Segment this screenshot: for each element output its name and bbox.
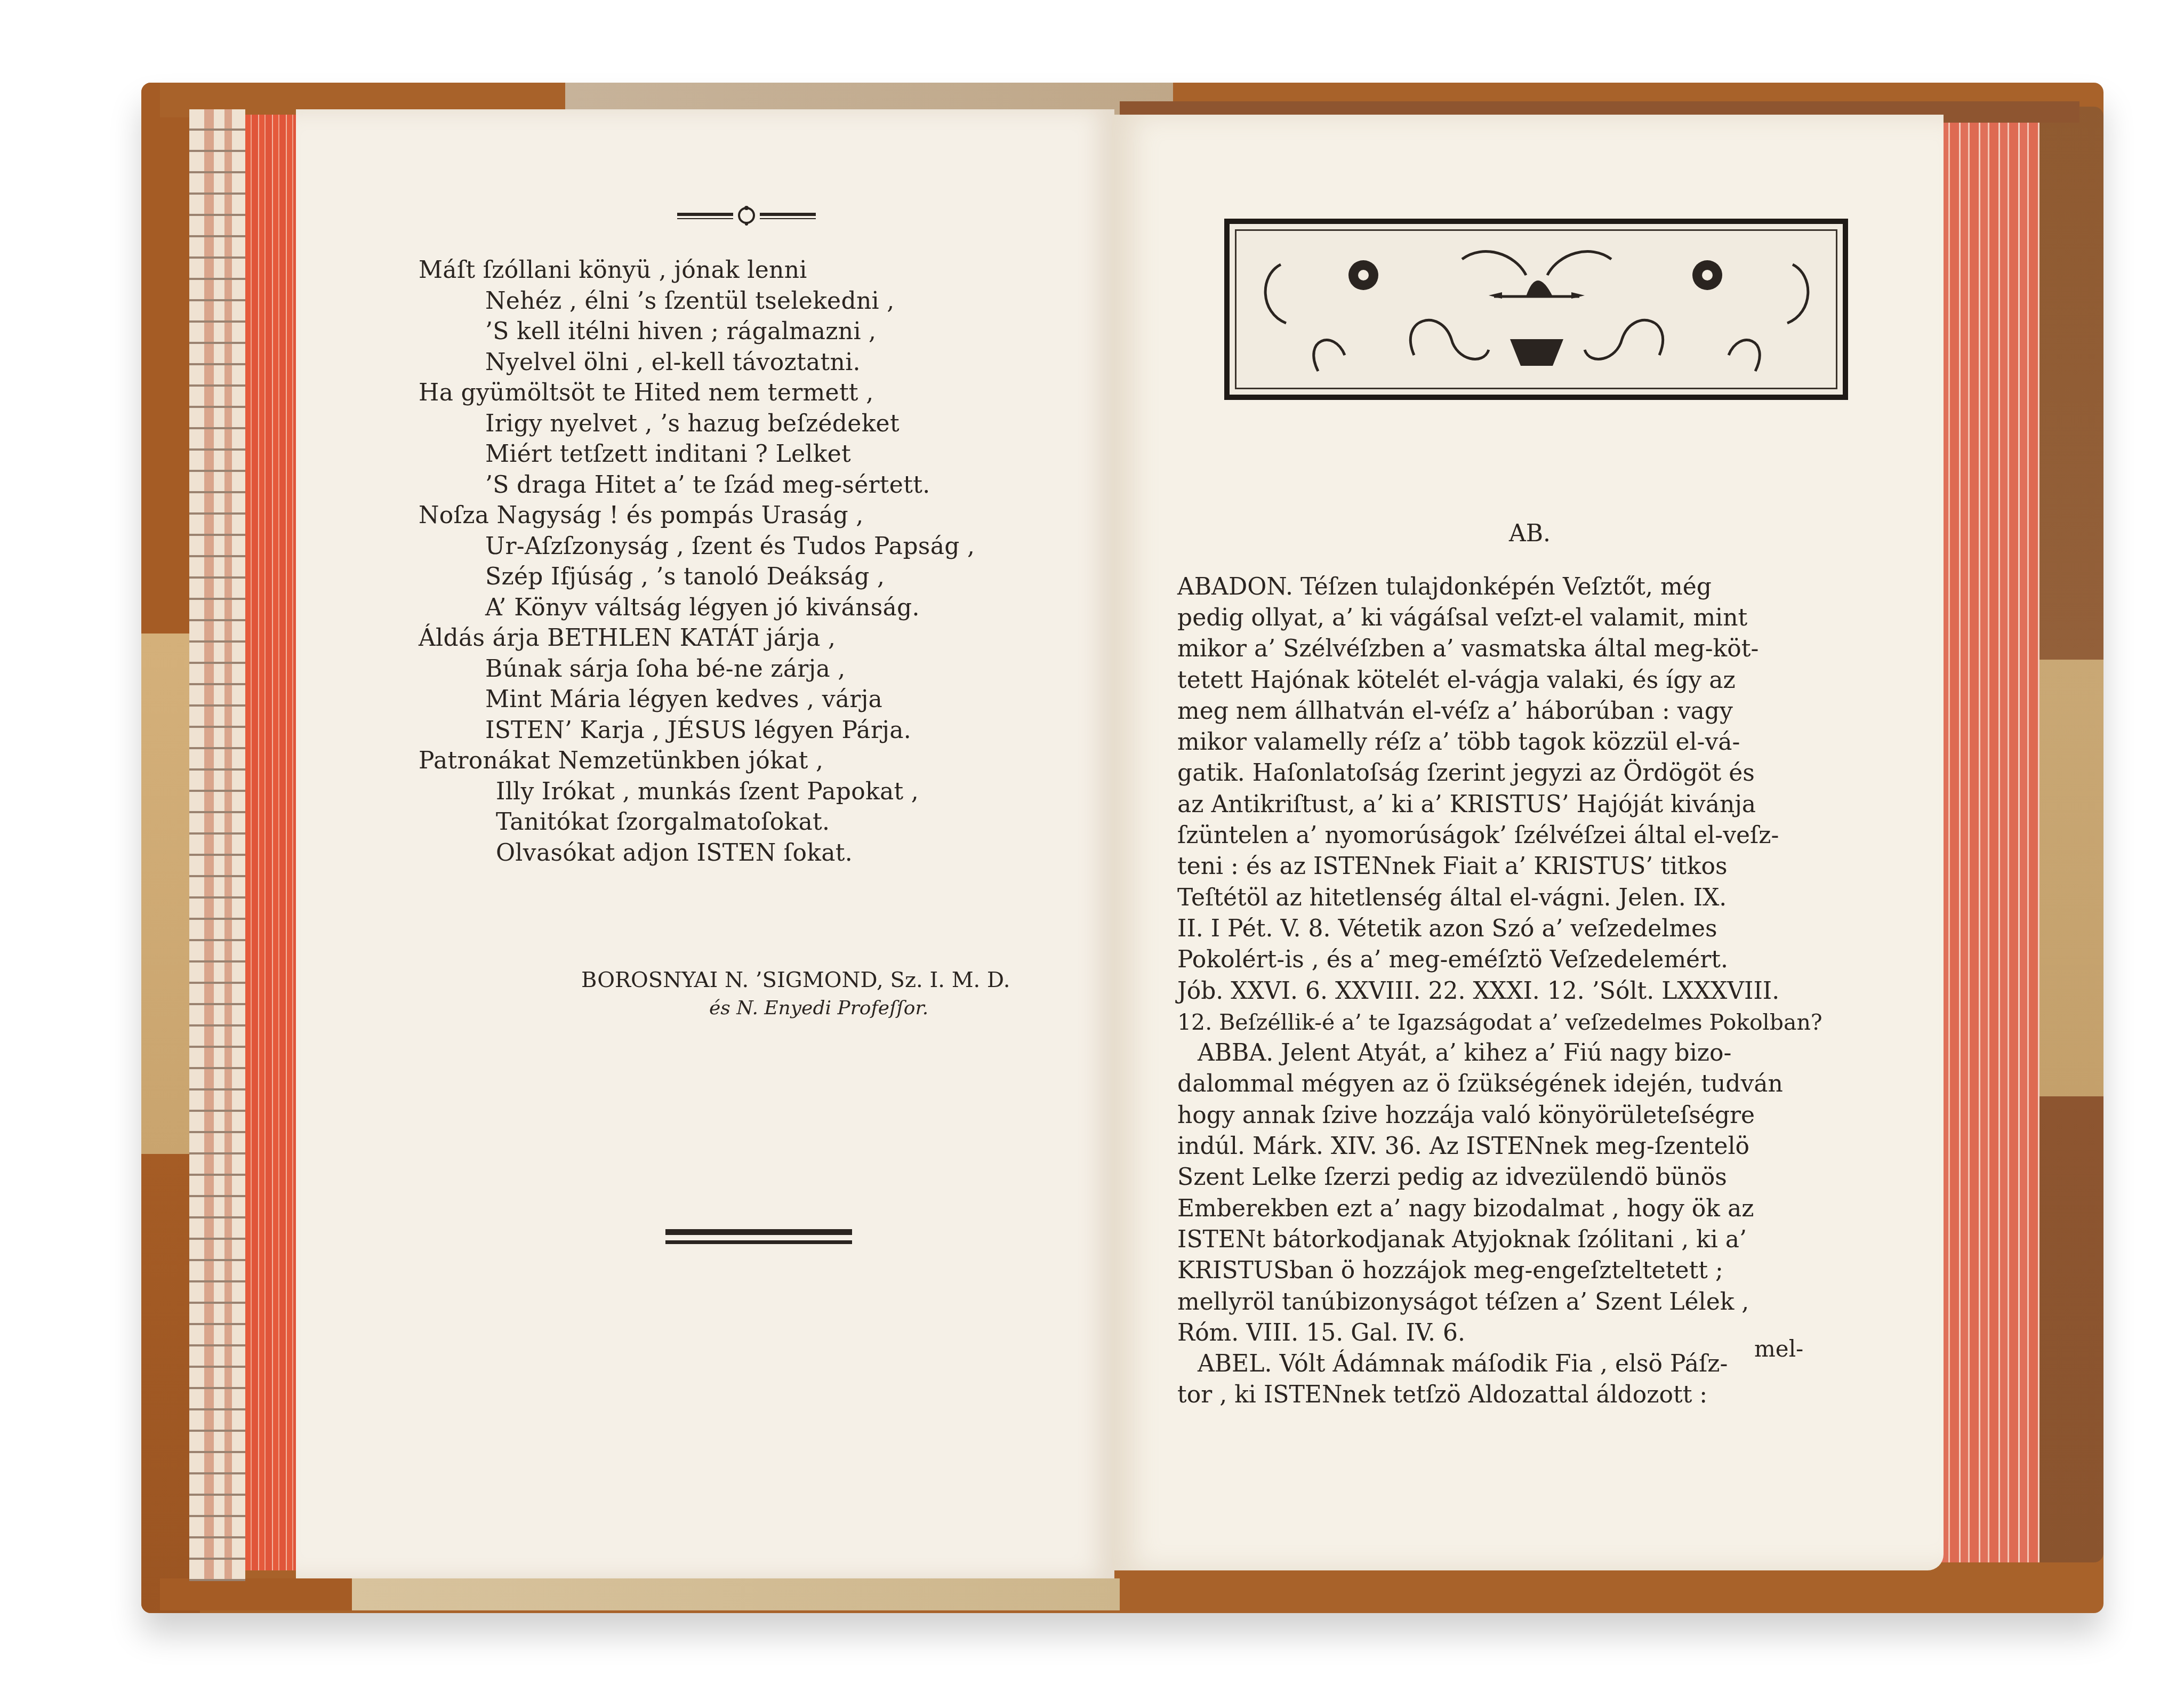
entry-line: gatik. Haſonlatoſság ſzerint jegyzi az Ö… [1177, 758, 1809, 789]
entry-line: Jób. XXVI. 6. XXVIII. 22. XXXI. 12. ’Sól… [1177, 976, 1809, 1007]
floral-ornament-icon [1238, 232, 1834, 386]
entry-line: hogy annak ſzive hozzája való könyörület… [1177, 1100, 1809, 1131]
entry-line: mellyröl tanúbizonyságot téſzen a’ Szent… [1177, 1287, 1809, 1318]
entry-line: teni : és az ISTENnek Fiait a’ KRISTUS’ … [1177, 851, 1809, 882]
poem-line: Tanitókat ſzorgalmatoſokat. [419, 807, 1112, 838]
entry-line: 12. Beſzéllik-é a’ te Igazságodat a’ veſ… [1177, 1007, 1809, 1038]
red-page-edges-left [245, 115, 296, 1570]
ornament-rule-icon [677, 205, 816, 227]
entry-line: Szent Lelke ſzerzi pedig az idvezülendö … [1177, 1162, 1809, 1193]
dictionary-entries: ABADON. Téſzen tulajdonképén Veſztőt, mé… [1177, 555, 1809, 1411]
tailpiece-double-rule [665, 1229, 852, 1244]
cover-bottom-edge [160, 1578, 1120, 1610]
entry-line: ABBA. Jelent Atyát, a’ kihez a’ Fiú nagy… [1177, 1038, 1809, 1069]
entry-line: az Antikriſtust, a’ ki a’ KRISTUS’ Hajój… [1177, 789, 1809, 820]
poem: Máſt ſzóllani könyü , jónak lenni Nehéz … [419, 255, 1112, 868]
poem-line: ’S draga Hitet a’ te ſzád meg-sértett. [419, 470, 1112, 501]
entry-line: dalommal mégyen az ö ſzükségének idején,… [1177, 1069, 1809, 1100]
entry-line: II. I Pét. V. 8. Vétetik azon Szó a’ veſ… [1177, 913, 1809, 944]
poem-line: A’ Könyv váltság légyen jó kivánság. [419, 592, 1112, 623]
poem-line: Patronákat Nemzetünkben jókat , [419, 745, 1112, 776]
poem-line: Búnak sárja ſoha bé-ne zárja , [419, 654, 1112, 685]
author-signature: BOROSNYAI N. ’SIGMOND, Sz. I. M. D. [581, 968, 1010, 992]
entry-line: tor , ki ISTENnek tetſzö Aldozattal áldo… [1177, 1380, 1809, 1410]
poem-line: Noſza Nagyság ! és pompás Uraság , [419, 500, 1112, 531]
poem-line: ISTEN’ Karja , JÉSUS légyen Párja. [419, 715, 1112, 746]
entry-line: mikor a’ Szélvéſzben a’ vasmatska által … [1177, 633, 1809, 664]
entry-line: KRISTUSban ö hozzájok meg-engeſzteltetet… [1177, 1255, 1809, 1286]
entry-line: ABEL. Vólt Ádámnak máſodik Fia , elsö Pá… [1177, 1349, 1809, 1380]
poem-line: Illy Irókat , munkás ſzent Papokat , [419, 776, 1112, 807]
entry-line: tetett Hajónak kötelét el-vágja valaki, … [1177, 665, 1809, 696]
entry-line: ABADON. Téſzen tulajdonképén Veſztőt, mé… [1177, 555, 1809, 603]
entry-line: mikor valamelly réſz a’ több tagok közzü… [1177, 727, 1809, 758]
poem-line: Nyelvel ölni , el-kell távoztatni. [419, 347, 1112, 378]
poem-line: Máſt ſzóllani könyü , jónak lenni [419, 255, 1112, 286]
entry-line: indúl. Márk. XIV. 36. Az ISTENnek meg-ſz… [1177, 1131, 1809, 1162]
author-title: és N. Enyedi Profeſſor. [709, 997, 928, 1019]
poem-line: Irigy nyelvet , ’s hazug beſzédeket [419, 408, 1112, 439]
marbled-pastedown [189, 109, 245, 1581]
entry-line: Róm. VIII. 15. Gal. IV. 6. [1177, 1318, 1809, 1349]
poem-line: Mint Mária légyen kedves , várja [419, 684, 1112, 715]
entry-line: ISTENt bátorkodjanak Atyjoknak ſzólitani… [1177, 1224, 1809, 1255]
running-head: AB. [1509, 520, 1551, 547]
cover-right-board [2037, 107, 2103, 1562]
entry-line: Emberekben ezt a’ nagy bizodalmat , hogy… [1177, 1193, 1809, 1224]
poem-line: Nehéz , élni ’s ſzentül tselekedni , [419, 286, 1112, 317]
poem-line: Miért tetſzett inditani ? Lelket [419, 439, 1112, 470]
poem-line: Olvasókat adjon ISTEN ſokat. [419, 838, 1112, 869]
entry-line: meg nem állhatván el-véſz a’ háborúban :… [1177, 696, 1809, 727]
entry-line: Pokolért-is , és a’ meg-eméſztö Veſzedel… [1177, 944, 1809, 975]
poem-line: Szép Ifjúság , ’s tanoló Deákság , [419, 562, 1112, 592]
rule-bar [665, 1229, 852, 1235]
poem-line: Áldás árja BETHLEN KATÁT járja , [419, 623, 1112, 654]
red-page-edges-right [1941, 123, 2040, 1562]
poem-line: ’S kell itélni hiven ; rágalmazni , [419, 316, 1112, 347]
entry-line: Teſtétöl az hitetlenség által el-vágni. … [1177, 883, 1809, 913]
catchword: mel- [1754, 1336, 1803, 1362]
poem-line: Ha gyümöltsöt te Hited nem termett , [419, 378, 1112, 408]
woodcut-vignette [1224, 219, 1848, 400]
entry-line: pedig ollyat, a’ ki vágáſsal veſzt-el va… [1177, 603, 1809, 633]
poem-line: Ur-Aſzſzonyság , ſzent és Tudos Papság , [419, 531, 1112, 562]
entry-line: ſzüntelen a’ nyomorúságok’ ſzélvéſzei ál… [1177, 820, 1809, 851]
rule-bar [665, 1240, 852, 1244]
